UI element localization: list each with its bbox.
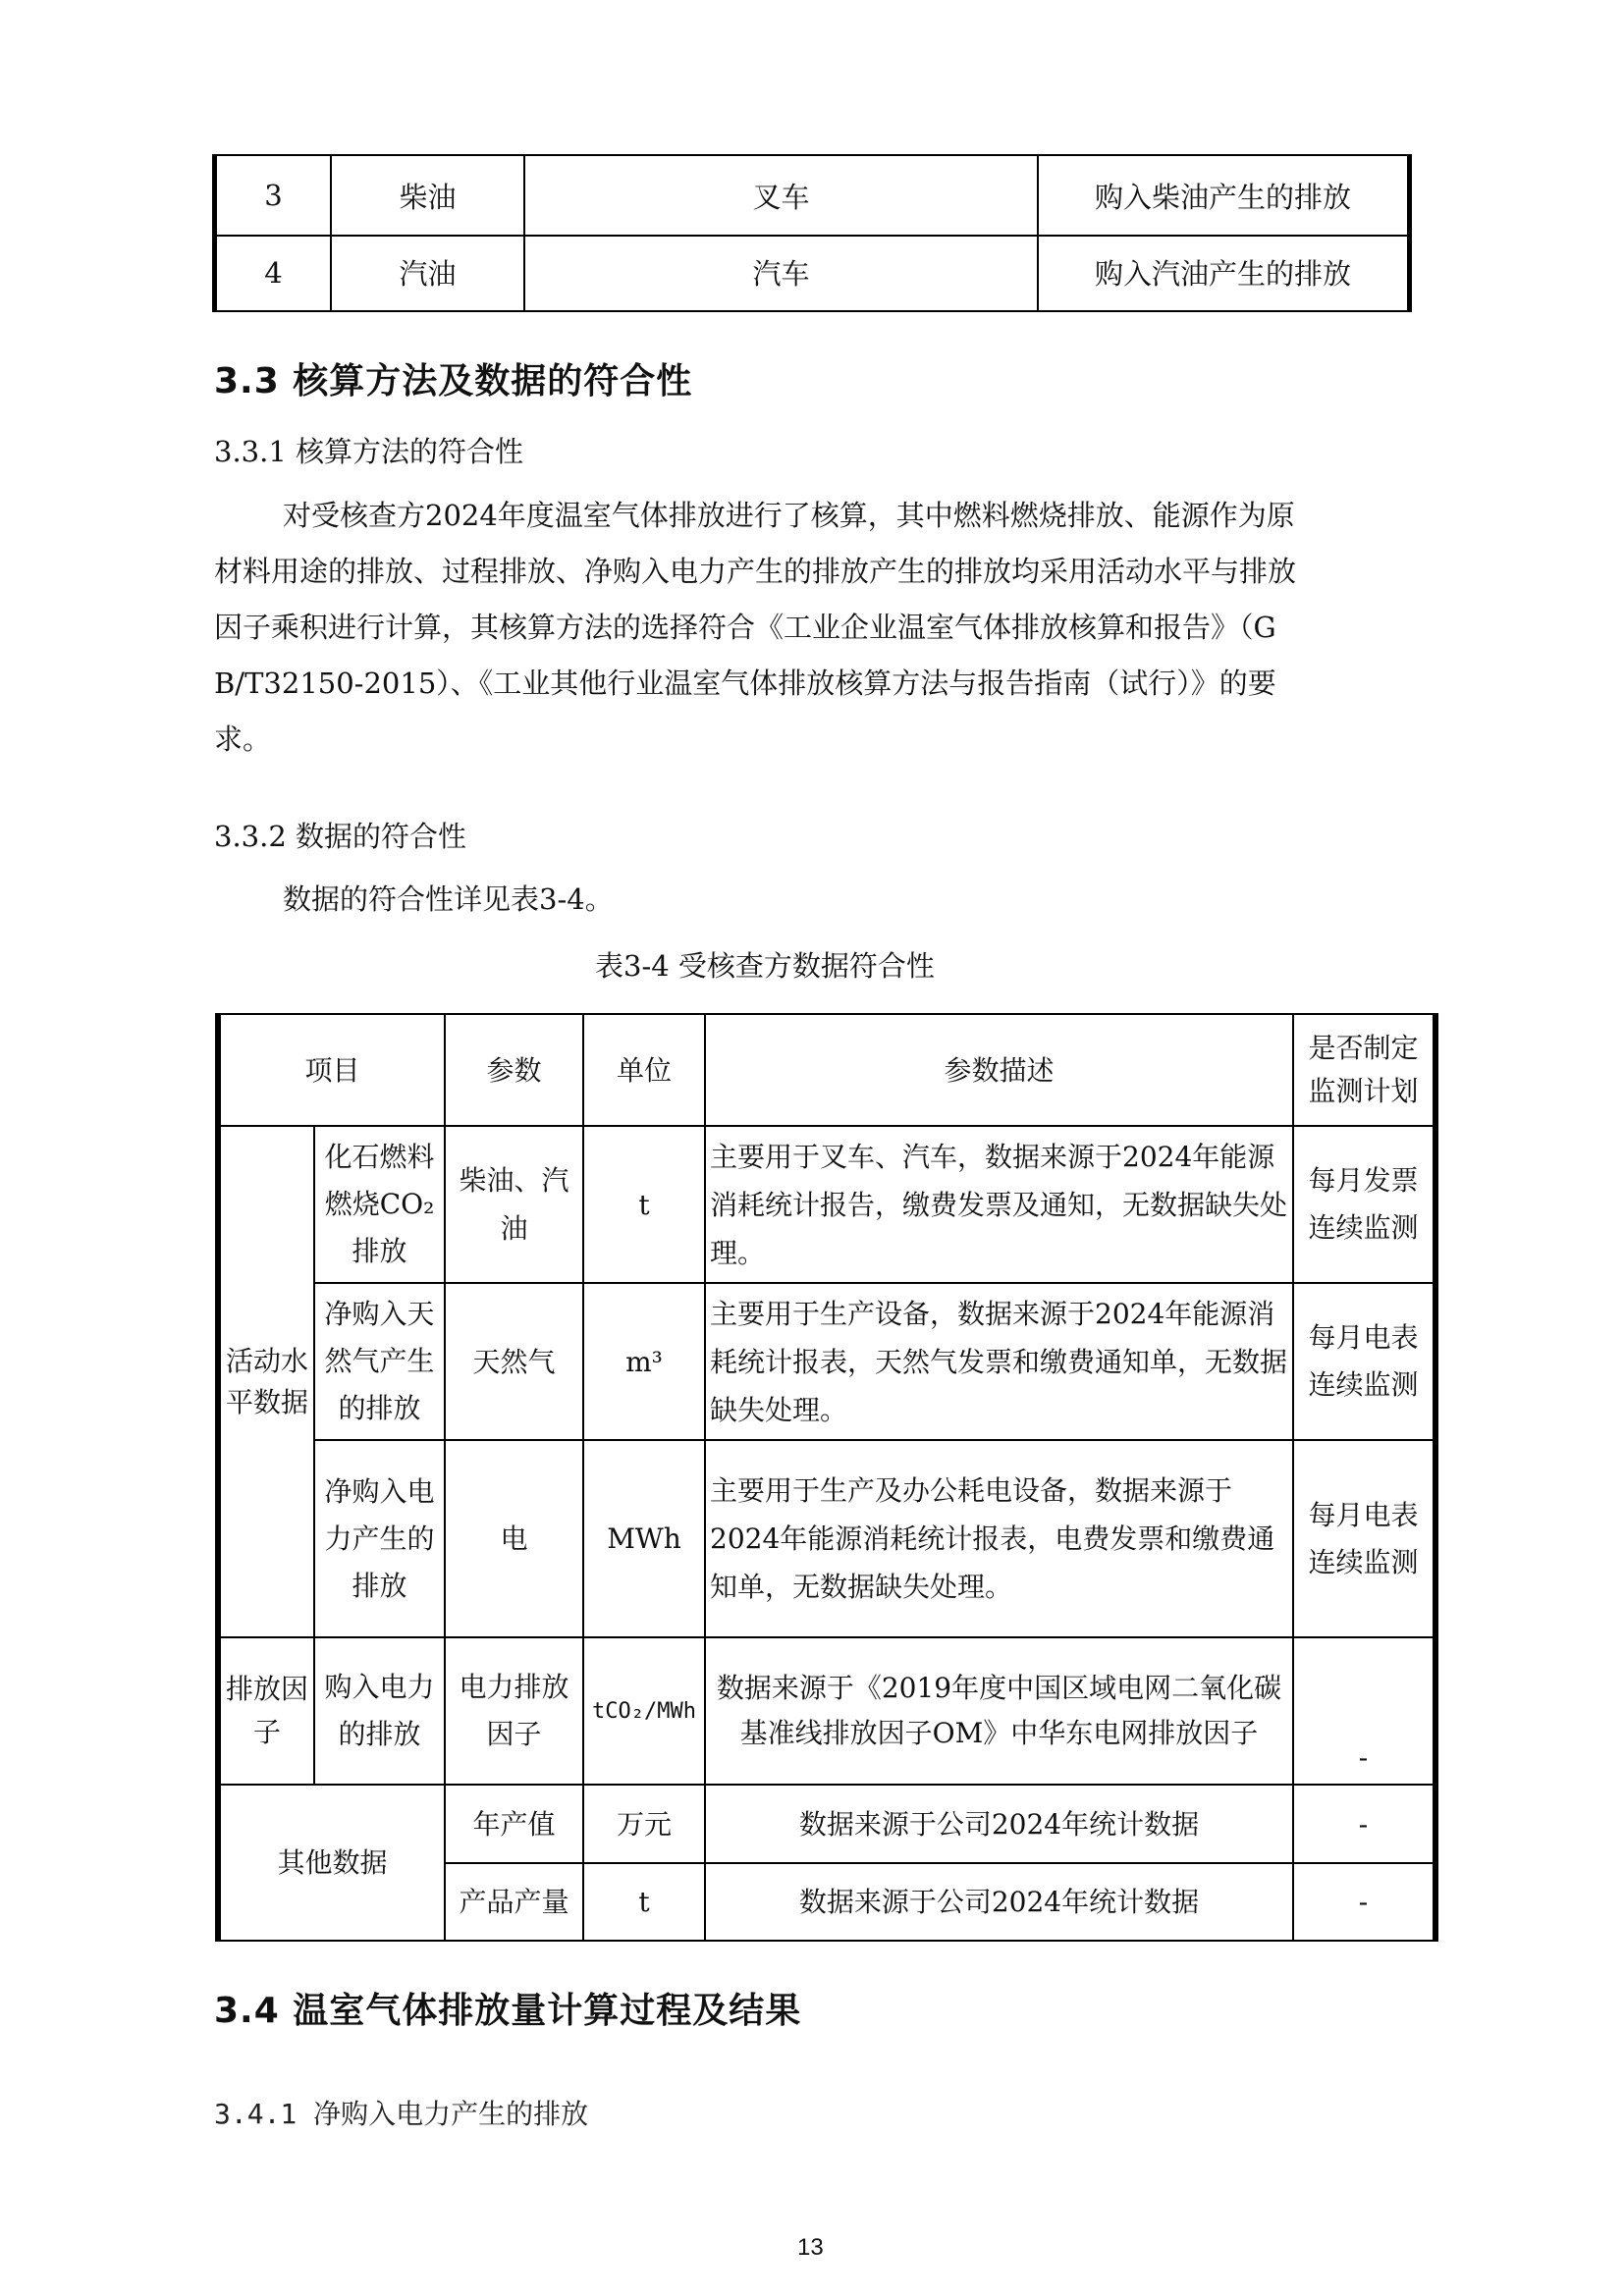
section-heading-3-3: 3.3 核算方法及数据的符合性 [214, 353, 692, 403]
unit-mwh: MWh [584, 1441, 704, 1636]
item-fossil-fuel: 化石燃料燃烧CO₂排放 [315, 1127, 444, 1282]
unit-m3: m³ [584, 1284, 704, 1439]
item-natural-gas: 净购入天然气产生的排放 [315, 1284, 444, 1439]
plan-emission-factor: - [1294, 1638, 1433, 1784]
plan-product-output: - [1294, 1864, 1433, 1940]
param-product-output: 产品产量 [446, 1864, 582, 1940]
paragraph-line: 因子乘积进行计算，其核算方法的选择符合《工业企业温室气体排放核算和报告》（G [214, 600, 1432, 656]
item-purchased-electricity: 购入电力的排放 [315, 1638, 444, 1784]
method-paragraph: 对受核查方2024年度温室气体排放进行了核算，其中燃料燃烧排放、能源作为原 材料… [214, 488, 1432, 768]
unit-tco2-per-mwh: tCO₂/MWh [584, 1638, 704, 1784]
equipment: 汽车 [525, 235, 1039, 310]
emission-source: 购入汽油产生的排放 [1039, 235, 1407, 310]
header-param: 参数 [446, 1015, 582, 1125]
subsection-heading-3-3-1: 3.3.1 核算方法的符合性 [214, 430, 523, 470]
table-row: 3 柴油 叉车 购入柴油产生的排放 [217, 156, 1407, 237]
desc-emission-factor: 数据来源于《2019年度中国区域电网二氧化碳基准线排放因子OM》中华东电网排放因… [706, 1638, 1292, 1784]
table-reference-text: 数据的符合性详见表3-4。 [283, 878, 614, 918]
plan-electricity: 每月电表连续监测 [1294, 1441, 1433, 1636]
header-plan: 是否制定 监测计划 [1294, 1015, 1433, 1125]
section-heading-3-4: 3.4 温室气体排放量计算过程及结果 [214, 1983, 801, 2033]
subsection-heading-3-4-1: 3.4.1 净购入电力产生的排放 [214, 2093, 588, 2132]
group-emission-factor: 排放因子 [221, 1638, 313, 1784]
plan-natural-gas: 每月电表连续监测 [1294, 1284, 1433, 1439]
header-unit: 单位 [584, 1015, 704, 1125]
group-activity-data: 活动水平数据 [221, 1127, 313, 1636]
data-compliance-table: 项目 参数 单位 参数描述 是否制定 监测计划 活动水平数据 化石燃料燃烧CO₂… [215, 1013, 1438, 1942]
header-item: 项目 [221, 1015, 444, 1125]
desc-fossil-fuel: 主要用于叉车、汽车，数据来源于2024年能源消耗统计报告，缴费发票及通知，无数据… [706, 1127, 1292, 1282]
plan-annual-output-value: - [1294, 1786, 1433, 1862]
desc-annual-output-value: 数据来源于公司2024年统计数据 [706, 1786, 1292, 1862]
unit-t: t [584, 1864, 704, 1940]
unit-t: t [584, 1127, 704, 1282]
subsection-heading-3-3-2: 3.3.2 数据的符合性 [214, 815, 466, 855]
unit-wan-yuan: 万元 [584, 1786, 704, 1862]
group-other-data: 其他数据 [221, 1786, 444, 1940]
equipment: 叉车 [525, 156, 1039, 235]
header-plan-line2: 监测计划 [1308, 1070, 1418, 1113]
emission-source: 购入柴油产生的排放 [1039, 156, 1407, 235]
param-annual-output-value: 年产值 [446, 1786, 582, 1862]
fuel-source-table: 3 柴油 叉车 购入柴油产生的排放 4 汽油 汽车 购入汽油产生的排放 [212, 154, 1412, 312]
table-caption: 表3-4 受核查方数据符合性 [595, 944, 935, 985]
row-number: 4 [217, 235, 332, 310]
header-desc: 参数描述 [706, 1015, 1292, 1125]
param-diesel-gasoline: 柴油、汽油 [446, 1127, 582, 1282]
row-number: 3 [217, 156, 332, 235]
fuel-type: 柴油 [332, 156, 525, 235]
header-plan-line1: 是否制定 [1308, 1027, 1418, 1070]
desc-electricity: 主要用于生产及办公耗电设备，数据来源于2024年能源消耗统计报表，电费发票和缴费… [706, 1441, 1292, 1636]
param-electricity-factor: 电力排放因子 [446, 1638, 582, 1784]
desc-product-output: 数据来源于公司2024年统计数据 [706, 1864, 1292, 1940]
param-electricity: 电 [446, 1441, 582, 1636]
table-row: 4 汽油 汽车 购入汽油产生的排放 [217, 235, 1407, 310]
item-electricity: 净购入电力产生的排放 [315, 1441, 444, 1636]
paragraph-line: 材料用途的排放、过程排放、净购入电力产生的排放产生的排放均采用活动水平与排放 [214, 544, 1432, 600]
paragraph-line: 对受核查方2024年度温室气体排放进行了核算，其中燃料燃烧排放、能源作为原 [214, 488, 1432, 544]
paragraph-line: 求。 [214, 712, 1432, 768]
param-natural-gas: 天然气 [446, 1284, 582, 1439]
desc-natural-gas: 主要用于生产设备，数据来源于2024年能源消耗统计报表，天然气发票和缴费通知单，… [706, 1284, 1292, 1439]
page-number: 13 [797, 2234, 824, 2262]
plan-fossil-fuel: 每月发票连续监测 [1294, 1127, 1433, 1282]
fuel-type: 汽油 [332, 235, 525, 310]
item-fossil-fuel-text: 化石燃料燃烧CO₂排放 [319, 1134, 440, 1275]
paragraph-line: B/T32150-2015）、《工业其他行业温室气体排放核算方法与报告指南（试行… [214, 656, 1432, 712]
